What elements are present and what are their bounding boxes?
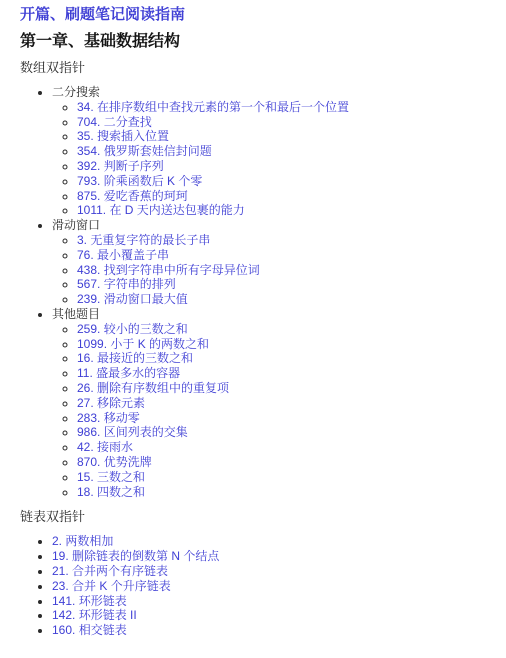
section-heading-linked-list-two-pointers: 链表双指针 [20, 510, 496, 524]
list-item: 567. 字符串的排列 [77, 277, 496, 292]
list-item: 142. 环形链表 II [52, 608, 496, 623]
linked-list-two-pointers-list: 2. 两数相加 19. 删除链表的倒数第 N 个结点 21. 合并两个有序链表 … [20, 534, 496, 638]
problem-link[interactable]: 875. 爱吃香蕉的珂珂 [77, 189, 188, 203]
problem-link[interactable]: 438. 找到字符串中所有字母异位词 [77, 263, 260, 277]
sliding-window-items: 3. 无重复字符的最长子串 76. 最小覆盖子串 438. 找到字符串中所有字母… [52, 233, 496, 307]
other-problems-items: 259. 较小的三数之和 1099. 小于 K 的两数之和 16. 最接近的三数… [52, 322, 496, 500]
problem-link[interactable]: 704. 二分查找 [77, 115, 152, 129]
problem-link[interactable]: 19. 删除链表的倒数第 N 个结点 [52, 549, 219, 563]
list-item: 160. 相交链表 [52, 623, 496, 638]
list-item: 1011. 在 D 天内送达包裹的能力 [77, 203, 496, 218]
problem-link[interactable]: 15. 三数之和 [77, 470, 145, 484]
problem-link[interactable]: 3. 无重复字符的最长子串 [77, 233, 210, 247]
problem-link[interactable]: 259. 较小的三数之和 [77, 322, 188, 336]
problem-link[interactable]: 239. 滑动窗口最大值 [77, 292, 188, 306]
list-item: 793. 阶乘函数后 K 个零 [77, 174, 496, 189]
problem-link[interactable]: 567. 字符串的排列 [77, 277, 176, 291]
toc-group-sliding-window: 滑动窗口 3. 无重复字符的最长子串 76. 最小覆盖子串 438. 找到字符串… [52, 218, 496, 307]
problem-link[interactable]: 283. 移动零 [77, 411, 140, 425]
group-label: 滑动窗口 [52, 218, 100, 232]
list-item: 11. 盛最多水的容器 [77, 366, 496, 381]
list-item: 19. 删除链表的倒数第 N 个结点 [52, 549, 496, 564]
problem-link[interactable]: 142. 环形链表 II [52, 608, 137, 622]
list-item: 438. 找到字符串中所有字母异位词 [77, 263, 496, 278]
list-item: 2. 两数相加 [52, 534, 496, 549]
problem-link[interactable]: 11. 盛最多水的容器 [77, 366, 180, 380]
problem-link[interactable]: 21. 合并两个有序链表 [52, 564, 168, 578]
problem-link[interactable]: 986. 区间列表的交集 [77, 425, 188, 439]
problem-link[interactable]: 76. 最小覆盖子串 [77, 248, 169, 262]
list-item: 76. 最小覆盖子串 [77, 248, 496, 263]
problem-link[interactable]: 34. 在排序数组中查找元素的第一个和最后一个位置 [77, 100, 349, 114]
list-item: 27. 移除元素 [77, 396, 496, 411]
problem-link[interactable]: 870. 优势洗牌 [77, 455, 152, 469]
list-item: 23. 合并 K 个升序链表 [52, 579, 496, 594]
list-item: 986. 区间列表的交集 [77, 425, 496, 440]
problem-link[interactable]: 160. 相交链表 [52, 623, 127, 637]
list-item: 35. 搜索插入位置 [77, 129, 496, 144]
list-item: 283. 移动零 [77, 411, 496, 426]
list-item: 141. 环形链表 [52, 594, 496, 609]
list-item: 15. 三数之和 [77, 470, 496, 485]
list-item: 259. 较小的三数之和 [77, 322, 496, 337]
group-label: 其他题目 [52, 307, 100, 321]
list-item: 16. 最接近的三数之和 [77, 351, 496, 366]
binary-search-items: 34. 在排序数组中查找元素的第一个和最后一个位置 704. 二分查找 35. … [52, 100, 496, 218]
problem-link[interactable]: 23. 合并 K 个升序链表 [52, 579, 171, 593]
problem-link[interactable]: 26. 删除有序数组中的重复项 [77, 381, 229, 395]
problem-link[interactable]: 27. 移除元素 [77, 396, 145, 410]
problem-link[interactable]: 42. 接雨水 [77, 440, 133, 454]
problem-link[interactable]: 35. 搜索插入位置 [77, 129, 169, 143]
list-item: 26. 删除有序数组中的重复项 [77, 381, 496, 396]
group-label: 二分搜索 [52, 85, 100, 99]
list-item: 392. 判断子序列 [77, 159, 496, 174]
problem-link[interactable]: 1099. 小于 K 的两数之和 [77, 337, 209, 351]
list-item: 704. 二分查找 [77, 115, 496, 130]
list-item: 3. 无重复字符的最长子串 [77, 233, 496, 248]
array-two-pointers-list: 二分搜索 34. 在排序数组中查找元素的第一个和最后一个位置 704. 二分查找… [20, 85, 496, 499]
problem-link[interactable]: 354. 俄罗斯套娃信封问题 [77, 144, 212, 158]
list-item: 870. 优势洗牌 [77, 455, 496, 470]
problem-link[interactable]: 1011. 在 D 天内送达包裹的能力 [77, 203, 245, 217]
problem-link[interactable]: 141. 环形链表 [52, 594, 127, 608]
toc-group-other-problems: 其他题目 259. 较小的三数之和 1099. 小于 K 的两数之和 16. 最… [52, 307, 496, 499]
chapter-heading: 第一章、基础数据结构 [20, 33, 496, 50]
list-item: 239. 滑动窗口最大值 [77, 292, 496, 307]
problem-link[interactable]: 18. 四数之和 [77, 485, 145, 499]
list-item: 875. 爱吃香蕉的珂珂 [77, 189, 496, 204]
list-item: 18. 四数之和 [77, 485, 496, 500]
problem-link[interactable]: 392. 判断子序列 [77, 159, 164, 173]
list-item: 354. 俄罗斯套娃信封问题 [77, 144, 496, 159]
page-title-link[interactable]: 开篇、刷题笔记阅读指南 [20, 7, 496, 23]
problem-link[interactable]: 793. 阶乘函数后 K 个零 [77, 174, 202, 188]
problem-link[interactable]: 2. 两数相加 [52, 534, 113, 548]
section-heading-array-two-pointers: 数组双指针 [20, 61, 496, 75]
problem-link[interactable]: 16. 最接近的三数之和 [77, 351, 193, 365]
list-item: 34. 在排序数组中查找元素的第一个和最后一个位置 [77, 100, 496, 115]
list-item: 21. 合并两个有序链表 [52, 564, 496, 579]
list-item: 1099. 小于 K 的两数之和 [77, 337, 496, 352]
toc-group-binary-search: 二分搜索 34. 在排序数组中查找元素的第一个和最后一个位置 704. 二分查找… [52, 85, 496, 218]
list-item: 42. 接雨水 [77, 440, 496, 455]
